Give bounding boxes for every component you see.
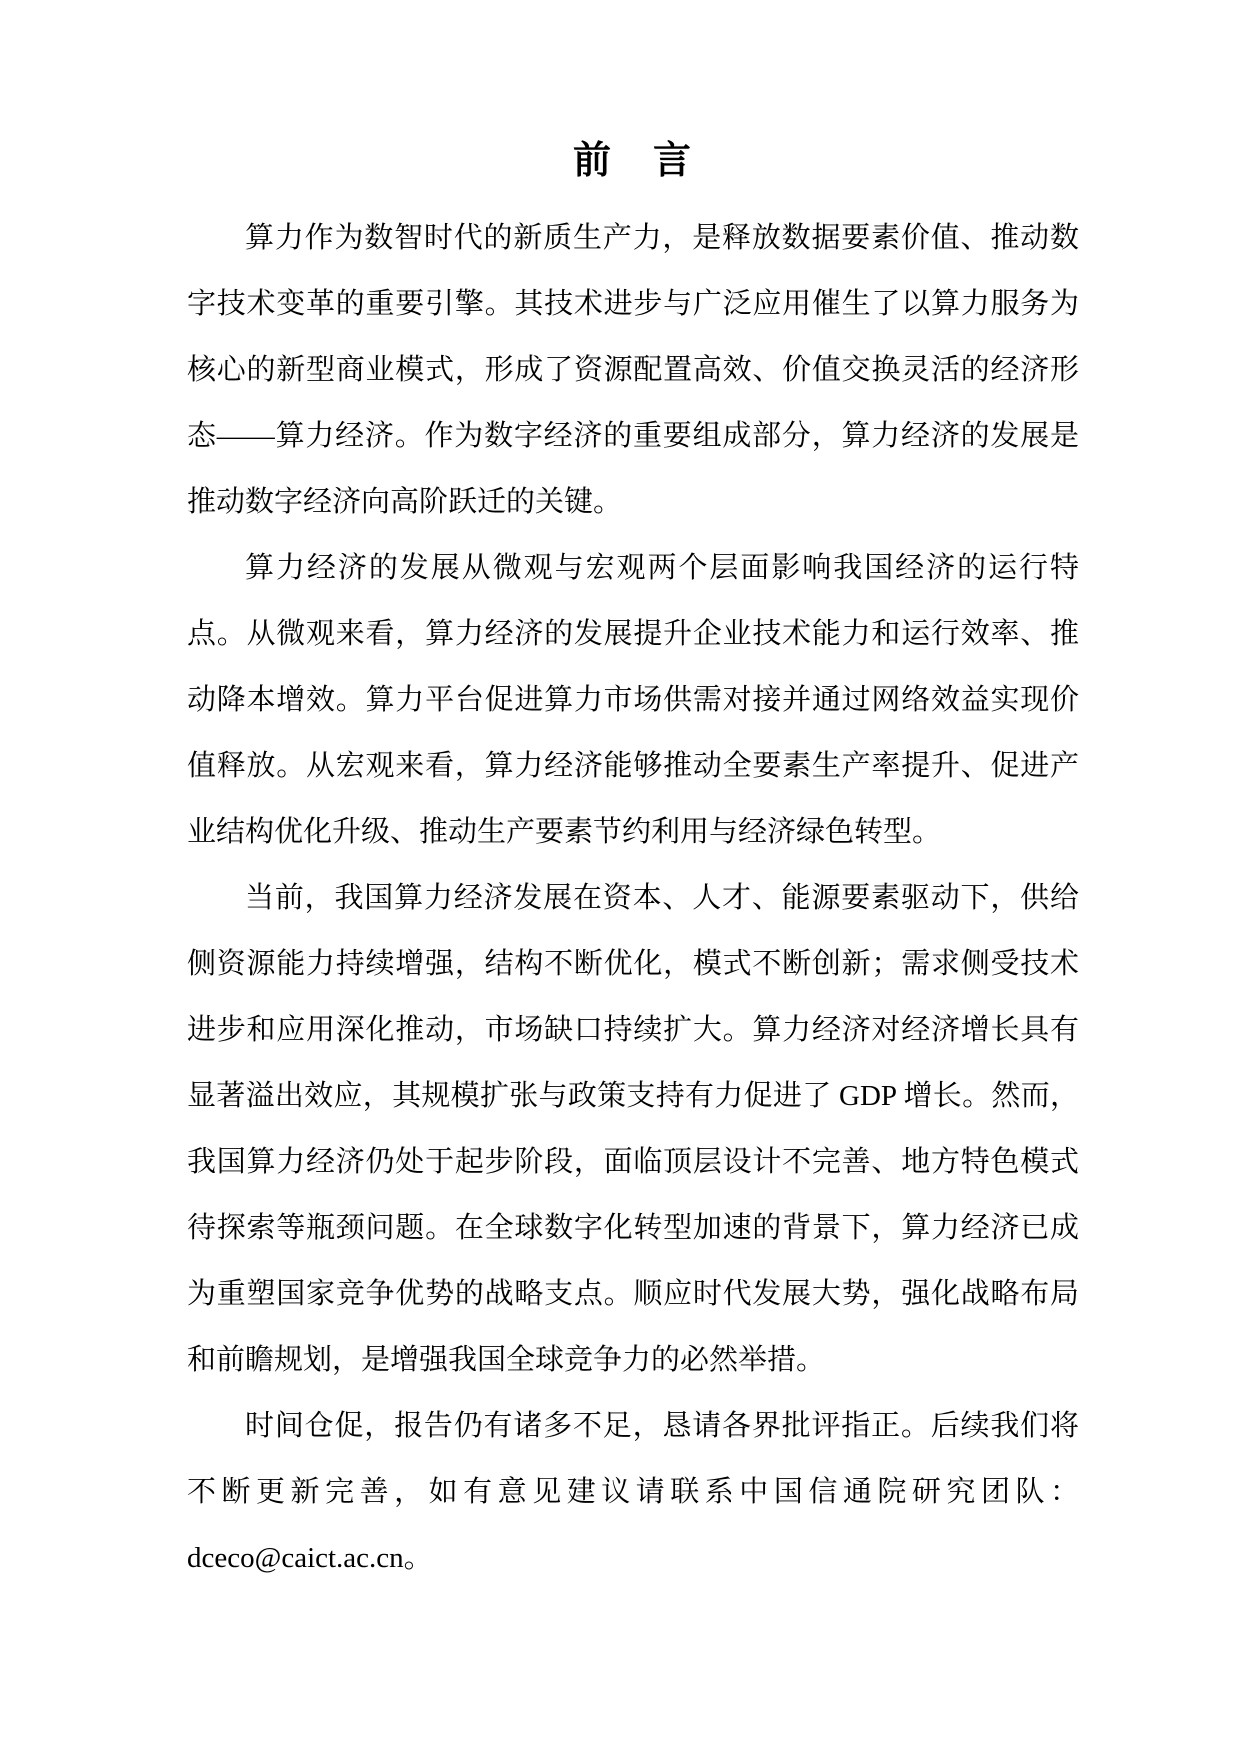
text-line: 字技术变革的重要引擎。其技术进步与广泛应用催生了以算力服务为 [187, 271, 1079, 337]
text-line: 不断更新完善，如有意见建议请联系中国信通院研究团队： [187, 1459, 1079, 1525]
document-page: 前 言 算力作为数智时代的新质生产力，是释放数据要素价值、推动数字技术变革的重要… [0, 0, 1240, 1754]
text-line: 时间仓促，报告仍有诸多不足，恳请各界批评指正。后续我们将 [187, 1393, 1079, 1459]
text-line: 进步和应用深化推动，市场缺口持续扩大。算力经济对经济增长具有 [187, 997, 1079, 1063]
text-line: 算力作为数智时代的新质生产力，是释放数据要素价值、推动数 [187, 205, 1079, 271]
preface-body: 算力作为数智时代的新质生产力，是释放数据要素价值、推动数字技术变革的重要引擎。其… [187, 205, 1079, 1591]
paragraph: 当前，我国算力经济发展在资本、人才、能源要素驱动下，供给侧资源能力持续增强，结构… [187, 865, 1079, 1393]
paragraph: 算力作为数智时代的新质生产力，是释放数据要素价值、推动数字技术变革的重要引擎。其… [187, 205, 1079, 535]
paragraph: 算力经济的发展从微观与宏观两个层面影响我国经济的运行特点。从微观来看，算力经济的… [187, 535, 1079, 865]
text-line: 当前，我国算力经济发展在资本、人才、能源要素驱动下，供给 [187, 865, 1079, 931]
text-line: 我国算力经济仍处于起步阶段，面临顶层设计不完善、地方特色模式 [187, 1129, 1079, 1195]
page-content: 前 言 算力作为数智时代的新质生产力，是释放数据要素价值、推动数字技术变革的重要… [187, 142, 1079, 1591]
text-line: 业结构优化升级、推动生产要素节约利用与经济绿色转型。 [187, 799, 1079, 865]
text-line: 算力经济的发展从微观与宏观两个层面影响我国经济的运行特 [187, 535, 1079, 601]
text-line: 推动数字经济向高阶跃迁的关键。 [187, 469, 1079, 535]
text-line: dceco@caict.ac.cn。 [187, 1525, 1079, 1591]
text-line: 点。从微观来看，算力经济的发展提升企业技术能力和运行效率、推 [187, 601, 1079, 667]
text-line: 态——算力经济。作为数字经济的重要组成部分，算力经济的发展是 [187, 403, 1079, 469]
text-line: 待探索等瓶颈问题。在全球数字化转型加速的背景下，算力经济已成 [187, 1195, 1079, 1261]
page-title: 前 言 [187, 142, 1079, 180]
text-line: 值释放。从宏观来看，算力经济能够推动全要素生产率提升、促进产 [187, 733, 1079, 799]
text-line: 核心的新型商业模式，形成了资源配置高效、价值交换灵活的经济形 [187, 337, 1079, 403]
text-line: 和前瞻规划，是增强我国全球竞争力的必然举措。 [187, 1327, 1079, 1393]
text-line: 为重塑国家竞争优势的战略支点。顺应时代发展大势，强化战略布局 [187, 1261, 1079, 1327]
text-line: 动降本增效。算力平台促进算力市场供需对接并通过网络效益实现价 [187, 667, 1079, 733]
text-line: 显著溢出效应，其规模扩张与政策支持有力促进了 GDP 增长。然而， [187, 1063, 1079, 1129]
paragraph: 时间仓促，报告仍有诸多不足，恳请各界批评指正。后续我们将不断更新完善，如有意见建… [187, 1393, 1079, 1591]
text-line: 侧资源能力持续增强，结构不断优化，模式不断创新；需求侧受技术 [187, 931, 1079, 997]
